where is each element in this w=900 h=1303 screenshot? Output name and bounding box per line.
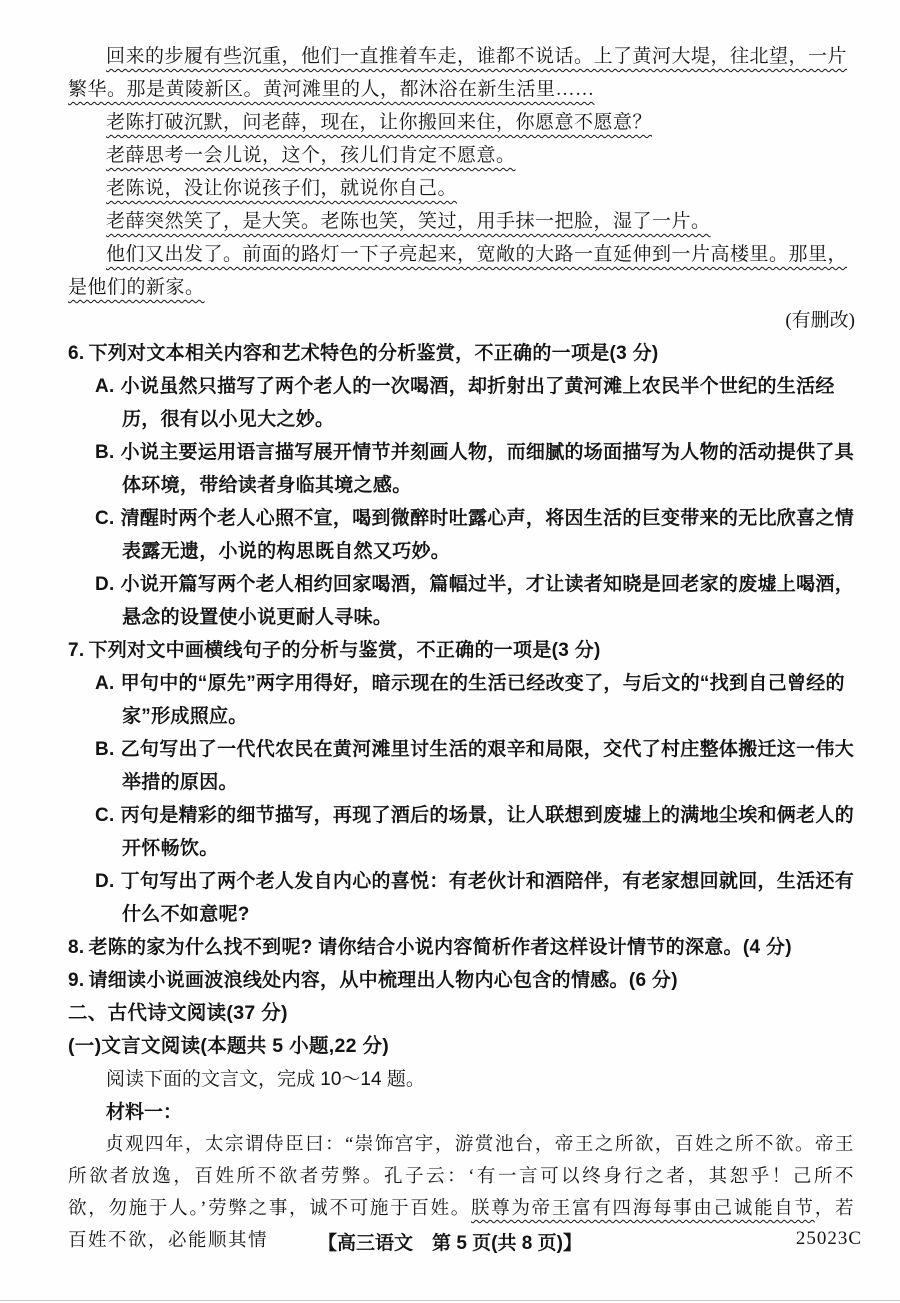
option-text: 小说虽然只描写了两个老人的一次喝酒，却折射出了黄河滩上农民半个世纪的生活经历，很… [121, 376, 835, 430]
option-label: D. [95, 574, 115, 595]
passage-paragraph: 老薛思考一会儿说，这个，孩儿们肯定不愿意。 [68, 139, 855, 172]
option-label: B. [95, 442, 115, 463]
question-6-option-d: D.小说开篇写两个老人相约回家喝酒，篇幅过半，才让读者知晓是回老家的废墟上喝酒，… [68, 568, 855, 634]
classical-segment-wavy: 朕尊为帝王富有四海每事由己诚能自节 [471, 1199, 815, 1219]
question-6: 6.下列对文本相关内容和艺术特色的分析鉴赏，不正确的一项是(3 分) A.小说虽… [68, 337, 855, 634]
question-6-option-b: B.小说主要运用语言描写展开情节并刻画人物，而细腻的场面描写为人物的活动提供了具… [68, 436, 855, 502]
question-8-stem: 8.老陈的家为什么找不到呢? 请你结合小说内容简析作者这样设计情节的深意。(4 … [68, 931, 855, 964]
section-two-heading: 二、古代诗文阅读(37 分) [68, 997, 855, 1030]
question-7-option-a: A.甲句中的“原先”两字用得好，暗示现在的生活已经改变了，与后文的“找到自己曾经… [68, 667, 855, 733]
question-7-option-c: C.丙句是精彩的细节描写，再现了酒后的场景，让人联想到废墟上的满地尘埃和俩老人的… [68, 799, 855, 865]
novel-passage: 回来的步履有些沉重，他们一直推着车走，谁都不说话。上了黄河大堤，往北望，一片繁华… [68, 40, 855, 337]
question-7-option-b: B.乙句写出了一代代农民在黄河滩里讨生活的艰辛和局限，交代了村庄整体搬迁这一伟大… [68, 733, 855, 799]
question-stem-text: 下列对文本相关内容和艺术特色的分析鉴赏，不正确的一项是(3 分) [88, 343, 658, 364]
question-8: 8.老陈的家为什么找不到呢? 请你结合小说内容简析作者这样设计情节的深意。(4 … [68, 931, 855, 964]
section-two: 二、古代诗文阅读(37 分) (一)文言文阅读(本题共 5 小题,22 分) 阅… [68, 997, 855, 1257]
option-label: D. [95, 871, 115, 892]
question-7-option-d: D.丁句写出了两个老人发自内心的喜悦：有老伙计和酒陪伴，有老家想回就回，生活还有… [68, 865, 855, 931]
option-label: C. [95, 805, 115, 826]
question-6-option-c: C.清醒时两个老人心照不宣，喝到微醉时吐露心声，将因生活的巨变带来的无比欣喜之情… [68, 502, 855, 568]
option-label: B. [95, 739, 115, 760]
question-stem-text: 请细读小说画波浪线处内容，从中梳理出人物内心包含的情感。(6 分) [88, 970, 677, 991]
exam-page: 回来的步履有些沉重，他们一直推着车走，谁都不说话。上了黄河大堤，往北望，一片繁华… [0, 0, 900, 1303]
question-stem-text: 下列对文中画横线句子的分析与鉴赏，不正确的一项是(3 分) [88, 640, 600, 661]
option-text: 小说开篇写两个老人相约回家喝酒，篇幅过半，才让读者知晓是回老家的废墟上喝酒，悬念… [121, 574, 854, 628]
paper-code: 25023C [796, 1228, 862, 1250]
passage-paragraph: 回来的步履有些沉重，他们一直推着车走，谁都不说话。上了黄河大堤，往北望，一片繁华… [68, 40, 855, 106]
question-stem-text: 老陈的家为什么找不到呢? 请你结合小说内容简析作者这样设计情节的深意。(4 分) [88, 937, 791, 958]
passage-paragraph: 老陈打破沉默，问老薛，现在，让你搬回来住，你愿意不愿意？ [68, 106, 855, 139]
option-label: A. [95, 376, 115, 397]
question-7-stem: 7.下列对文中画横线句子的分析与鉴赏，不正确的一项是(3 分) [68, 634, 855, 667]
question-6-stem: 6.下列对文本相关内容和艺术特色的分析鉴赏，不正确的一项是(3 分) [68, 337, 855, 370]
page-footer: 【高三语文 第 5 页(共 8 页)】 [0, 1228, 900, 1255]
questions-section: 6.下列对文本相关内容和艺术特色的分析鉴赏，不正确的一项是(3 分) A.小说虽… [68, 337, 855, 997]
passage-paragraph: 他们又出发了。前面的路灯一下子亮起来，宽敞的大路一直延伸到一片高楼里。那里，是他… [68, 238, 855, 304]
option-text: 丙句是精彩的细节描写，再现了酒后的场景，让人联想到废墟上的满地尘埃和俩老人的开怀… [121, 805, 854, 859]
option-label: C. [95, 508, 115, 529]
question-6-option-a: A.小说虽然只描写了两个老人的一次喝酒，却折射出了黄河滩上农民半个世纪的生活经历… [68, 370, 855, 436]
passage-paragraph: 老薛突然笑了，是大笑。老陈也笑，笑过，用手抹一把脸，湿了一片。 [68, 205, 855, 238]
question-number: 6. [68, 343, 84, 364]
question-number: 9. [68, 970, 84, 991]
material-one-label: 材料一： [68, 1096, 855, 1129]
question-9-stem: 9.请细读小说画波浪线处内容，从中梳理出人物内心包含的情感。(6 分) [68, 964, 855, 997]
question-7: 7.下列对文中画横线句子的分析与鉴赏，不正确的一项是(3 分) A.甲句中的“原… [68, 634, 855, 931]
option-text: 乙句写出了一代代农民在黄河滩里讨生活的艰辛和局限，交代了村庄整体搬迁这一伟大举措… [121, 739, 854, 793]
option-text: 丁句写出了两个老人发自内心的喜悦：有老伙计和酒陪伴，有老家想回就回，生活还有什么… [121, 871, 854, 925]
question-number: 8. [68, 937, 84, 958]
option-text: 甲句中的“原先”两字用得好，暗示现在的生活已经改变了，与后文的“找到自己曾经的家… [121, 673, 845, 727]
option-label: A. [95, 673, 115, 694]
option-text: 清醒时两个老人心照不宣，喝到微醉时吐露心声，将因生活的巨变带来的无比欣喜之情表露… [121, 508, 854, 562]
passage-attribution: (有删改) [68, 304, 855, 337]
option-text: 小说主要运用语言描写展开情节并刻画人物，而细腻的场面描写为人物的活动提供了具体环… [121, 442, 854, 496]
question-9: 9.请细读小说画波浪线处内容，从中梳理出人物内心包含的情感。(6 分) [68, 964, 855, 997]
section-two-instruction: 阅读下面的文言文，完成 10～14 题。 [68, 1063, 855, 1096]
section-two-subheading: (一)文言文阅读(本题共 5 小题,22 分) [68, 1030, 855, 1063]
question-number: 7. [68, 640, 84, 661]
passage-paragraph: 老陈说，没让你说孩子们，就说你自己。 [68, 172, 855, 205]
